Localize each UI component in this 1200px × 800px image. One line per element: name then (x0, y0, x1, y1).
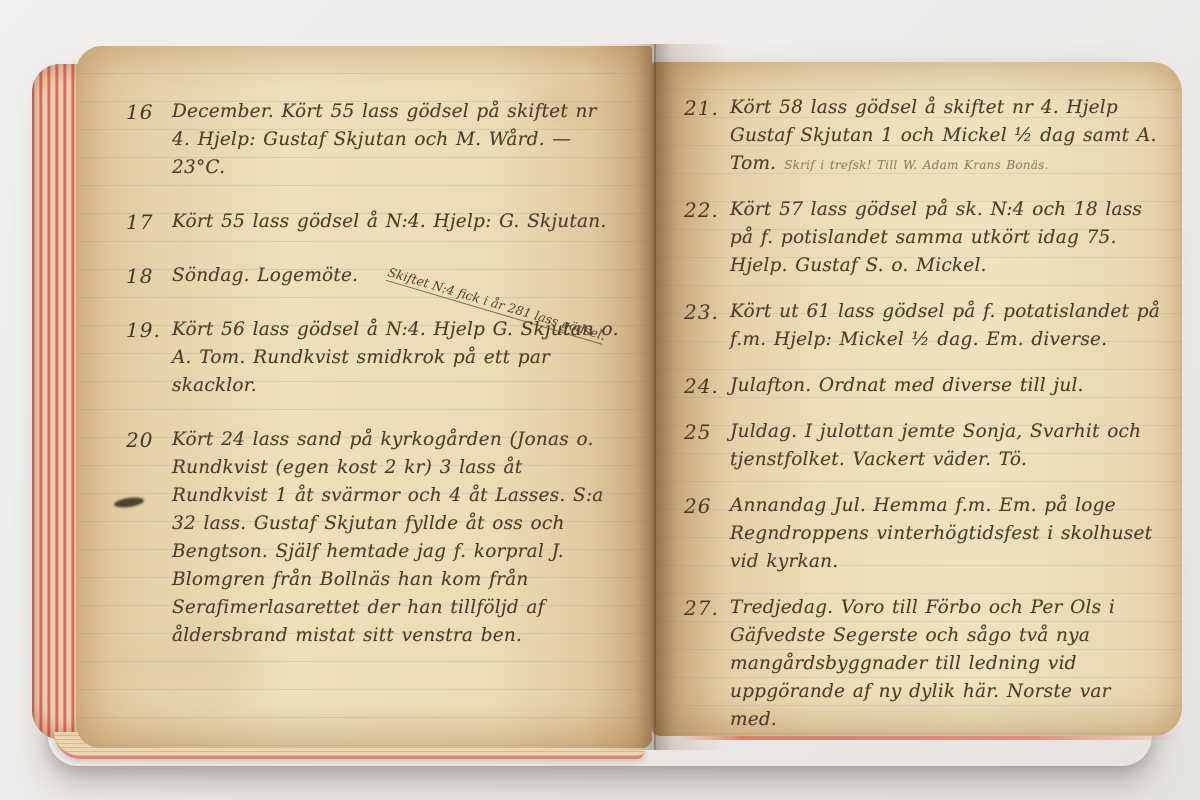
entry-day-number: 26 (684, 492, 730, 520)
entry-text: December. Kört 55 lass gödsel på skiftet… (172, 98, 622, 182)
entry-day-number: 23. (684, 298, 730, 326)
entry-day-number: 19. (126, 316, 172, 344)
entry-day-number: 24. (684, 372, 730, 400)
entry-text: Kört 55 lass gödsel å N:4. Hjelp: G. Skj… (172, 208, 622, 236)
photo-backdrop: 16 December. Kört 55 lass gödsel på skif… (0, 0, 1200, 800)
journal-entry: 24. Julafton. Ordnat med diverse till ju… (684, 372, 1164, 400)
entry-text: Annandag Jul. Hemma f.m. Em. på loge Reg… (730, 492, 1164, 576)
journal-entry: 22. Kört 57 lass gödsel på sk. N:4 och 1… (684, 196, 1164, 280)
journal-entry: 26 Annandag Jul. Hemma f.m. Em. på loge … (684, 492, 1164, 576)
entry-text: Juldag. I julottan jemte Sonja, Svarhit … (730, 418, 1164, 474)
entry-day-number: 22. (684, 196, 730, 224)
journal-entry: 27. Tredjedag. Voro till Förbo och Per O… (684, 594, 1164, 734)
entry-text: Kört 57 lass gödsel på sk. N:4 och 18 la… (730, 196, 1164, 280)
left-page: 16 December. Kört 55 lass gödsel på skif… (76, 46, 652, 748)
entry-day-number: 16 (126, 98, 172, 126)
entry-text: Kört ut 61 lass gödsel på f. potatisland… (730, 298, 1164, 354)
journal-entry: 18 Söndag. Logemöte. (126, 262, 622, 290)
entry-text: Julafton. Ordnat med diverse till jul. (730, 372, 1164, 400)
journal-entry: 25 Juldag. I julottan jemte Sonja, Svarh… (684, 418, 1164, 474)
right-page-entries: 21. Kört 58 lass gödsel å skiftet nr 4. … (652, 62, 1182, 736)
journal-entry: 20 Kört 24 lass sand på kyrkogården (Jon… (126, 426, 622, 650)
journal-entry: 16 December. Kört 55 lass gödsel på skif… (126, 98, 622, 182)
entry-text: Kört 58 lass gödsel å skiftet nr 4. Hjel… (730, 94, 1164, 178)
entry-day-number: 20 (126, 426, 172, 454)
open-notebook: 16 December. Kört 55 lass gödsel på skif… (32, 36, 1170, 768)
entry-text: Tredjedag. Voro till Förbo och Per Ols i… (730, 594, 1164, 734)
entry-day-number: 21. (684, 94, 730, 122)
journal-entry: 21. Kört 58 lass gödsel å skiftet nr 4. … (684, 94, 1164, 178)
faint-margin-note: Skrif i trefsk! Till W. Adam Krans Bonäs… (784, 158, 1048, 172)
entry-day-number: 27. (684, 594, 730, 622)
entry-text: Kört 24 lass sand på kyrkogården (Jonas … (172, 426, 622, 650)
left-page-entries: 16 December. Kört 55 lass gödsel på skif… (76, 46, 652, 748)
journal-entry: 17 Kört 55 lass gödsel å N:4. Hjelp: G. … (126, 208, 622, 236)
entry-day-number: 18 (126, 262, 172, 290)
entry-day-number: 25 (684, 418, 730, 446)
entry-day-number: 17 (126, 208, 172, 236)
right-page: 21. Kört 58 lass gödsel å skiftet nr 4. … (652, 62, 1182, 736)
journal-entry: 23. Kört ut 61 lass gödsel på f. potatis… (684, 298, 1164, 354)
